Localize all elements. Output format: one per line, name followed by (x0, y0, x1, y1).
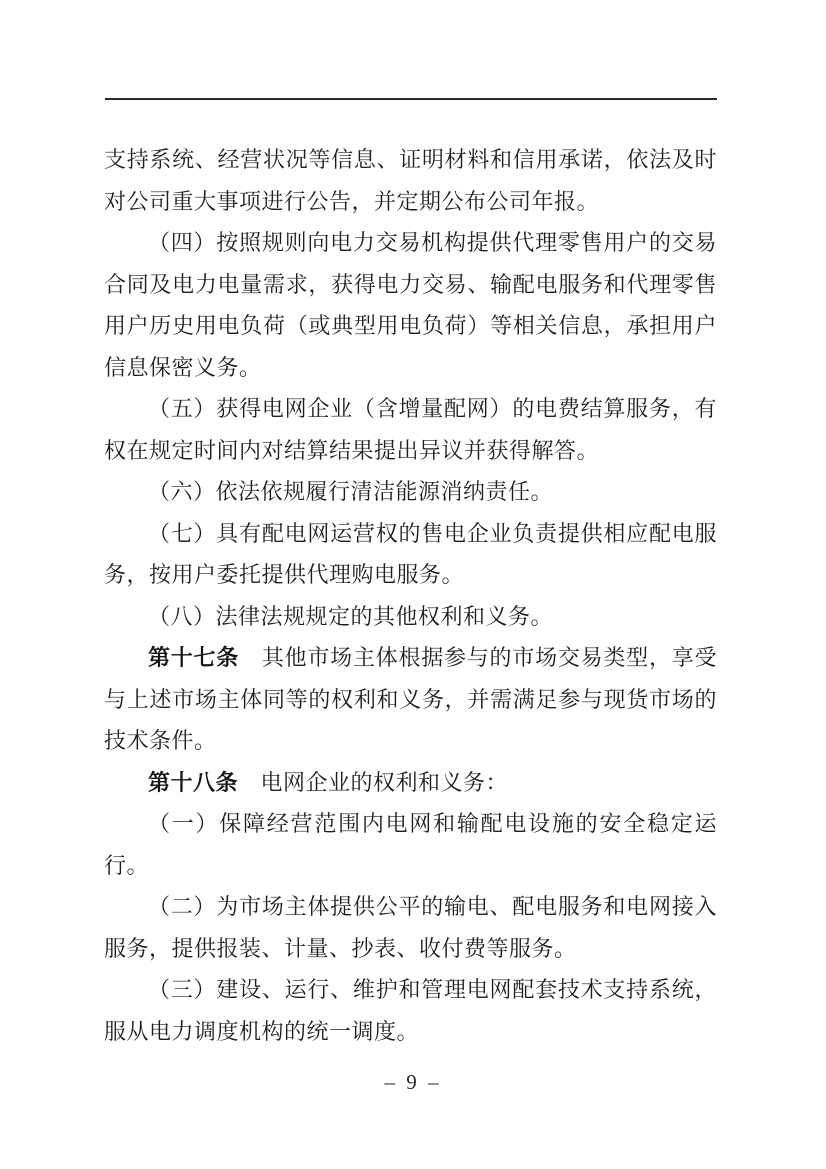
article-number: 第十七条 (148, 645, 239, 670)
paragraph: 第十八条 电网企业的权利和义务： (104, 762, 717, 804)
document-body: 支持系统、经营状况等信息、证明材料和信用承诺，依法及时对公司重大事项进行公告，并… (104, 139, 717, 1052)
paragraph: （五）获得电网企业（含增量配网）的电费结算服务，有权在规定时间内对结算结果提出异… (104, 388, 717, 471)
paragraph: （六）依法依规履行清洁能源消纳责任。 (104, 471, 717, 513)
document-page: 支持系统、经营状况等信息、证明材料和信用承诺，依法及时对公司重大事项进行公告，并… (0, 0, 826, 1169)
paragraph: （三）建设、运行、维护和管理电网配套技术支持系统，服从电力调度机构的统一调度。 (104, 969, 717, 1052)
paragraph: 第十七条 其他市场主体根据参与的市场交易类型，享受与上述市场主体同等的权利和义务… (104, 637, 717, 762)
paragraph: （八）法律法规规定的其他权利和义务。 (104, 596, 717, 638)
paragraph: 支持系统、经营状况等信息、证明材料和信用承诺，依法及时对公司重大事项进行公告，并… (104, 139, 717, 222)
header-rule (105, 98, 717, 100)
paragraph: （二）为市场主体提供公平的输电、配电服务和电网接入服务，提供报装、计量、抄表、收… (104, 886, 717, 969)
article-number: 第十八条 (148, 770, 238, 795)
paragraph: （一）保障经营范围内电网和输配电设施的安全稳定运行。 (104, 803, 717, 886)
paragraph: （七）具有配电网运营权的售电企业负责提供相应配电服务，按用户委托提供代理购电服务… (104, 513, 717, 596)
page-number: – 9 – (0, 1070, 826, 1095)
paragraph: （四）按照规则向电力交易机构提供代理零售用户的交易合同及电力电量需求，获得电力交… (104, 222, 717, 388)
